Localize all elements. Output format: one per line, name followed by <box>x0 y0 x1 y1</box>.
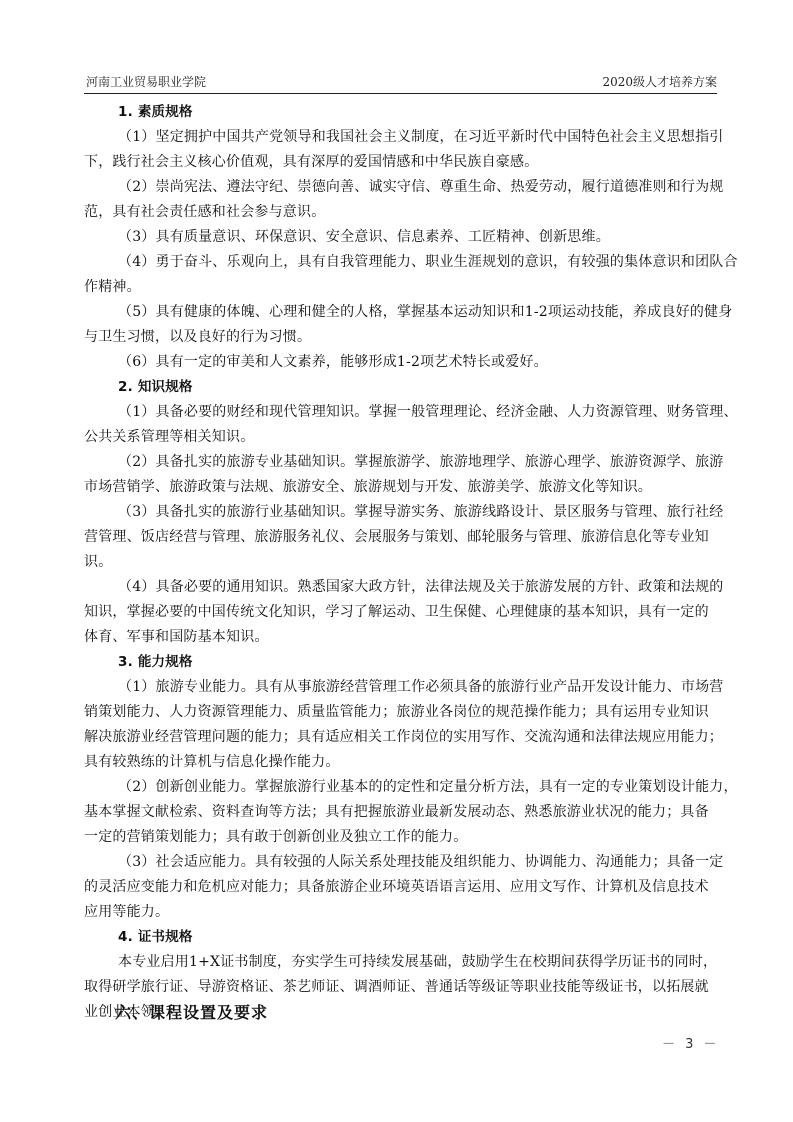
paragraph-line: （5）具有健康的体魄、心理和健全的人格，掌握基本运动知识和1-2项运动技能，养成… <box>84 300 717 325</box>
paragraph-line: （1）具备必要的财经和现代管理知识。掌握一般管理理论、经济金融、人力资源管理、财… <box>84 400 717 425</box>
paragraph-line: （1）坚定拥护中国共产党领导和我国社会主义制度，在习近平新时代中国特色社会主义思… <box>84 125 717 150</box>
page-header: 河南工业贸易职业学院 2020级人才培养方案 <box>84 70 717 90</box>
institution-name: 河南工业贸易职业学院 <box>86 73 206 90</box>
document-title: 2020级人才培养方案 <box>602 73 717 90</box>
paragraph-line: 公共关系管理等相关知识。 <box>84 425 717 450</box>
paragraph-line: 本专业启用1+X证书制度，夯实学生可持续发展基础，鼓励学生在校期间获得学历证书的… <box>84 950 717 975</box>
paragraph-line: 作精神。 <box>84 275 717 300</box>
paragraph-line: 具有较熟练的计算机与信息化操作能力。 <box>84 750 717 775</box>
paragraph-line: （6）具有一定的审美和人文素养，能够形成1-2项艺术特长或爱好。 <box>84 350 717 375</box>
paragraph-line: 解决旅游业经营管理问题的能力；具有适应相关工作岗位的实用写作、交流沟通和法律法规… <box>84 725 717 750</box>
chapter-heading: 六、课程设置及要求 <box>115 1000 268 1023</box>
paragraph-line: 的灵活应变能力和危机应对能力；具备旅游企业环境英语语言运用、应用文写作、计算机及… <box>84 875 717 900</box>
paragraph-line: 取得研学旅行证、导游资格证、茶艺师证、调酒师证、普通话等级证等职业技能等级证书，… <box>84 975 717 1000</box>
paragraph-line: 识。 <box>84 550 717 575</box>
paragraph-line: （2）具备扎实的旅游专业基础知识。掌握旅游学、旅游地理学、旅游心理学、旅游资源学… <box>84 450 717 475</box>
header-divider <box>84 93 717 94</box>
paragraph-line: 与卫生习惯，以及良好的行为习惯。 <box>84 325 717 350</box>
paragraph-line: （3）社会适应能力。具有较强的人际关系处理技能及组织能力、协调能力、沟通能力；具… <box>84 850 717 875</box>
paragraph-line: 范，具有社会责任感和社会参与意识。 <box>84 200 717 225</box>
paragraph-line: （1）旅游专业能力。具有从事旅游经营管理工作必须具备的旅游行业产品开发设计能力、… <box>84 675 717 700</box>
section-heading: 3. 能力规格 <box>84 650 717 675</box>
paragraph-line: 体育、军事和国防基本知识。 <box>84 625 717 650</box>
paragraph-line: 下，践行社会主义核心价值观，具有深厚的爱国情感和中华民族自豪感。 <box>84 150 717 175</box>
paragraph-line: （4）勇于奋斗、乐观向上，具有自我管理能力、职业生涯规划的意识，有较强的集体意识… <box>84 250 717 275</box>
paragraph-line: 一定的营销策划能力；具有敢于创新创业及独立工作的能力。 <box>84 825 717 850</box>
paragraph-line: （2）创新创业能力。掌握旅游行业基本的的定性和定量分析方法，具有一定的专业策划设… <box>84 775 717 800</box>
paragraph-line: （2）崇尚宪法、遵法守纪、崇德向善、诚实守信、尊重生命、热爱劳动，履行道德准则和… <box>84 175 717 200</box>
paragraph-line: （4）具备必要的通用知识。熟悉国家大政方针，法律法规及关于旅游发展的方针、政策和… <box>84 575 717 600</box>
paragraph-line: 知识，掌握必要的中国传统文化知识，学习了解运动、卫生保健、心理健康的基本知识，具… <box>84 600 717 625</box>
section-heading: 4. 证书规格 <box>84 925 717 950</box>
paragraph-line: 销策划能力、人力资源管理能力、质量监管能力；旅游业各岗位的规范操作能力；具有运用… <box>84 700 717 725</box>
section-heading: 2. 知识规格 <box>84 375 717 400</box>
paragraph-line: （3）具备扎实的旅游行业基础知识。掌握导游实务、旅游线路设计、景区服务与管理、旅… <box>84 500 717 525</box>
document-body: 1. 素质规格 （1）坚定拥护中国共产党领导和我国社会主义制度，在习近平新时代中… <box>84 100 717 1025</box>
paragraph-line: 应用等能力。 <box>84 900 717 925</box>
paragraph-line: 市场营销学、旅游政策与法规、旅游安全、旅游规划与开发、旅游美学、旅游文化等知识。 <box>84 475 717 500</box>
page-number: － 3 － <box>662 1033 720 1052</box>
paragraph-line: （3）具有质量意识、环保意识、安全意识、信息素养、工匠精神、创新思维。 <box>84 225 717 250</box>
paragraph-line: 营管理、饭店经营与管理、旅游服务礼仪、会展服务与策划、邮轮服务与管理、旅游信息化… <box>84 525 717 550</box>
paragraph-line: 基本掌握文献检索、资料查询等方法；具有把握旅游业最新发展动态、熟悉旅游业状况的能… <box>84 800 717 825</box>
section-heading: 1. 素质规格 <box>84 100 717 125</box>
